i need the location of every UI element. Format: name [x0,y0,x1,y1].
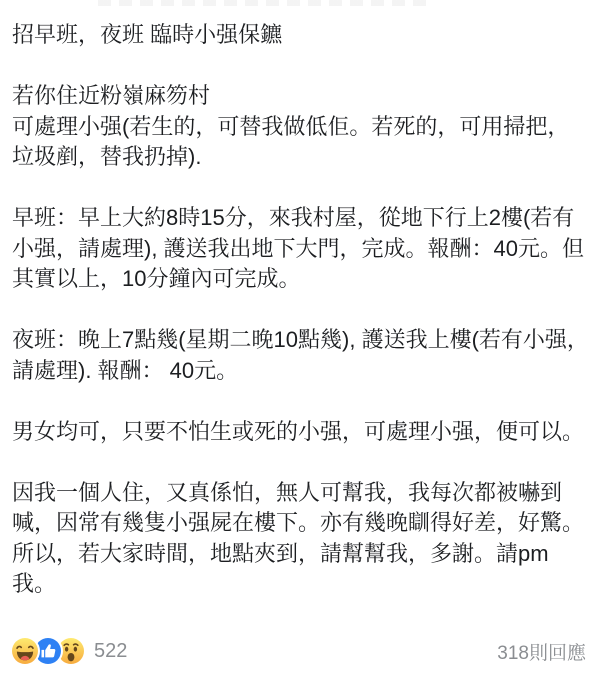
comments-count-link[interactable]: 318則回應 [497,638,586,665]
wow-icon[interactable] [58,638,84,664]
post-paragraph-morning-shift: 早班：早上大約8時15分，來我村屋，從地下行上2樓(若有小强，請處理), 護送我… [12,203,590,295]
post-body: 招早班，夜班 臨時小强保鑣 若你住近粉嶺麻笏村 可處理小强(若生的，可替我做低佢… [12,20,590,630]
post-paragraph-reason: 因我一個人住，又真係怕，無人可幫我，我每次都被嚇到喊，因常有幾隻小强屍在樓下。亦… [12,478,590,600]
haha-icon[interactable] [12,638,38,664]
cropped-text-remnant [98,0,428,6]
post-engagement-bar: 522 318則回應 [12,634,586,668]
post-title-line: 招早班，夜班 臨時小强保鑣 [12,20,590,51]
post-paragraph-location: 若你住近粉嶺麻笏村 可處理小强(若生的，可替我做低佢。若死的，可用掃把，垃圾剷，… [12,81,590,173]
post-paragraph-requirements: 男女均可，只要不怕生或死的小强，可處理小强，便可以。 [12,417,590,448]
reactions-summary[interactable]: 522 [12,638,127,664]
like-icon[interactable] [35,638,61,664]
facebook-post-screenshot: 招早班，夜班 臨時小强保鑣 若你住近粉嶺麻笏村 可處理小强(若生的，可替我做低佢… [0,0,600,677]
reaction-count[interactable]: 522 [94,640,127,663]
post-paragraph-night-shift: 夜班：晚上7點幾(星期二晚10點幾), 護送我上樓(若有小强，請處理). 報酬：… [12,325,590,386]
